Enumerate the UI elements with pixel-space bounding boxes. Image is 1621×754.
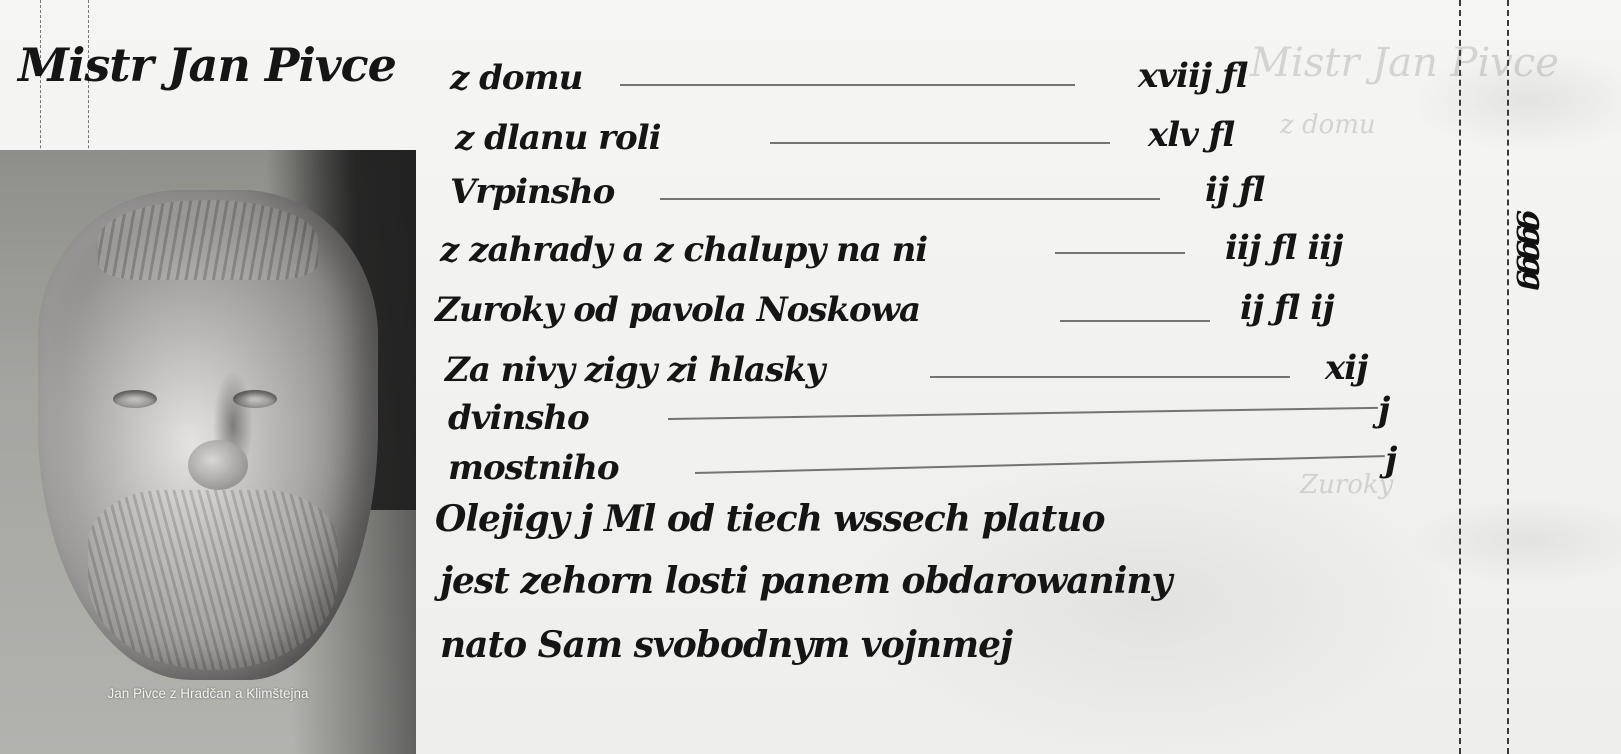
leader-line [770, 142, 1110, 144]
bleedthrough-text: Mistr Jan Pivce [1250, 40, 1559, 86]
entry-amount: xlv ƒl [1148, 115, 1234, 155]
leader-line [620, 84, 1075, 86]
entry-amount: ij ƒl [1205, 170, 1265, 210]
leader-line [930, 376, 1290, 378]
closing-line: jest zehorn losti panem obdarowaniny [440, 560, 1171, 602]
margin-sum-glyphs: ggggg [1490, 210, 1550, 460]
leader-line [695, 455, 1385, 474]
entry-text: Zuroky od pavola Noskowa [435, 290, 920, 330]
entry-amount: j [1378, 390, 1389, 430]
entry-amount: xviij ƒl [1138, 56, 1248, 96]
entry-heading: Mistr Jan Pivce [18, 38, 396, 92]
leader-line [660, 198, 1160, 200]
entry-amount: ij ƒl ij [1240, 288, 1334, 328]
bleedthrough-text: z domu [1280, 110, 1376, 140]
sculpted-hair [98, 200, 318, 280]
inset-photo: Jan Pivce z Hradčan a Klimštejna [0, 150, 416, 754]
margin-rule-right-1 [1459, 0, 1461, 754]
closing-line: nato Sam svobodnym vojnmej [440, 624, 1012, 666]
leader-line [668, 407, 1378, 420]
entry-text: Za nivy zigy zi hlasky [445, 350, 824, 390]
closing-line: Olejigy j Ml od tiech wssech platuo [435, 498, 1104, 540]
entry-text: z domu [450, 58, 582, 98]
sculpted-head [38, 190, 378, 680]
entry-text: mostniho [448, 448, 619, 488]
entry-amount: xij [1325, 348, 1368, 388]
entry-text: Vrpinsho [450, 172, 614, 212]
bleedthrough-text: Zuroky [1300, 470, 1393, 500]
entry-amount: j [1385, 440, 1396, 480]
sculpted-beard [88, 490, 338, 670]
entry-amount: iij ƒl iij [1225, 228, 1342, 268]
leader-line [1055, 252, 1185, 254]
leader-line [1060, 320, 1210, 322]
left-eye [113, 390, 157, 408]
manuscript-page: Mistr Jan Pivce z domu Zuroky Mistr Jan … [0, 0, 1621, 754]
sculpted-nose [188, 440, 248, 490]
entry-text: z dlanu roli [455, 118, 661, 158]
photo-caption: Jan Pivce z Hradčan a Klimštejna [0, 686, 416, 701]
entry-text: z zahrady a z chalupy na ni [440, 230, 927, 270]
entry-text: dvinsho [448, 398, 589, 438]
